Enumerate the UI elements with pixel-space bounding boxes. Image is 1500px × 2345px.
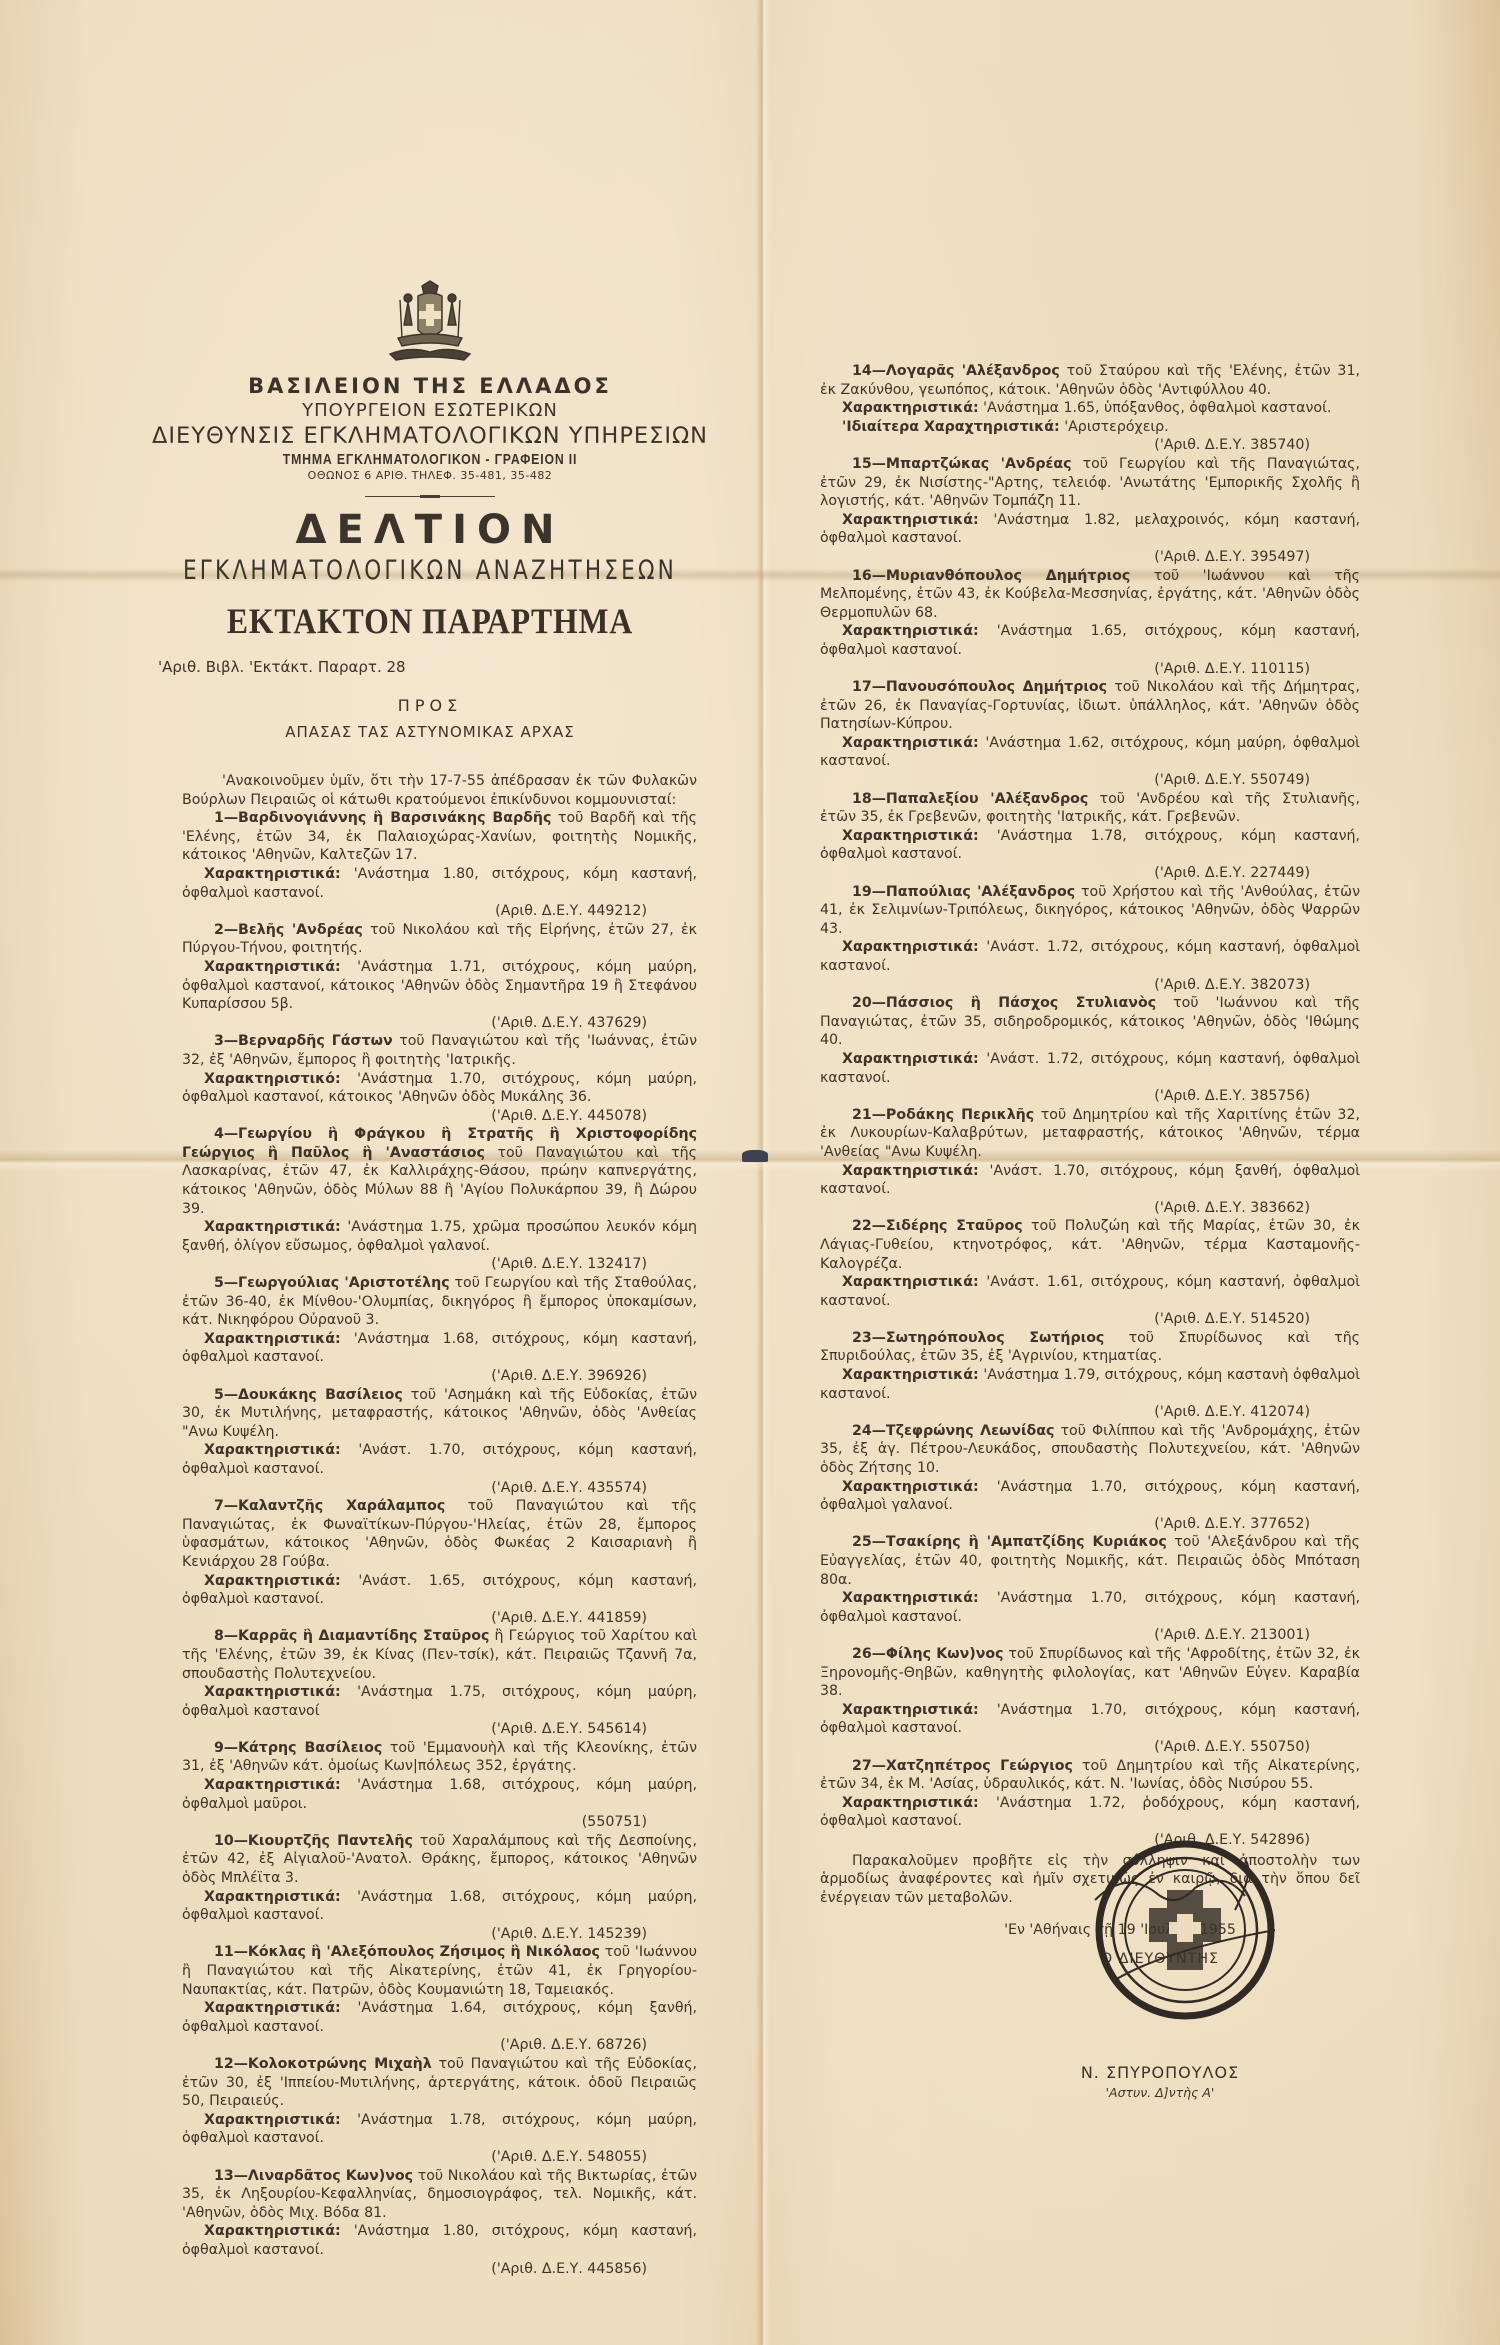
kingdom-heading: ΒΑΣΙΛΕΙΟΝ ΤΗΣ ΕΛΛΑΔΟΣ (150, 374, 710, 398)
fugitive-entry: 13—Λιναρδᾶτος Κων)νος τοῦ Νικολάου καὶ τ… (182, 2167, 697, 2223)
dey-record-number: ('Αριθ. Δ.Ε.Υ. 445078) (182, 1107, 697, 1126)
dey-record-number: ('Αριθ. Δ.Ε.Υ. 545614) (182, 1720, 697, 1739)
characteristics-line: Χαρακτηριστικά: 'Ανάστημα 1.70, σιτόχρου… (820, 1701, 1360, 1757)
fugitive-entry: 12—Κολοκοτρώνης Μιχαὴλ τοῦ Παναγιώτου κα… (182, 2055, 697, 2111)
paper-tear-hole (742, 1150, 768, 1162)
dey-record-number: ('Αριθ. Δ.Ε.Υ. 441859) (182, 1609, 697, 1628)
dey-record-number: ('Αριθ. Δ.Ε.Υ. 548055) (182, 2148, 697, 2167)
characteristics-label: Χαρακτηριστικά: (842, 512, 979, 528)
characteristics-line: Χαρακτηριστικά: 'Ανάστημα 1.65, ὑπόξανθο… (820, 399, 1360, 418)
right-column: 14—Λογαρᾶς 'Αλέξανδρος τοῦ Σταύρου καὶ τ… (820, 362, 1360, 1968)
characteristics-label: Χαρακτηριστικά: (204, 1889, 341, 1905)
dey-record-number: ('Αριθ. Δ.Ε.Υ. 213001) (820, 1626, 1360, 1645)
characteristics-label: Χαρακτηριστικά: (204, 866, 341, 882)
characteristics-label: Χαρακτηριστικά: (204, 1684, 341, 1700)
ornamental-divider (365, 496, 495, 497)
dey-record-number: ('Αριθ. Δ.Ε.Υ. 110115) (820, 660, 1360, 679)
fugitive-entry: 24—Τζεφρώνης Λεωνίδας τοῦ Φιλίππου καὶ τ… (820, 1422, 1360, 1478)
fugitive-name: 16—Μυριανθόπουλος Δημήτριος (852, 568, 1130, 584)
dey-record-number: ('Αριθ. Δ.Ε.Υ. 132417) (182, 1255, 697, 1274)
signer-name: Ν. ΣΠΥΡΟΠΟΥΛΟΣ (1000, 2063, 1320, 2082)
dey-record-number: ('Αριθ. Δ.Ε.Υ. 145239) (182, 1925, 697, 1944)
characteristics-line: Χαρακτηριστικά: 'Ανάστημα 1.68, σιτόχρου… (182, 1330, 697, 1386)
dey-record-number: (Αριθ. Δ.Ε.Υ. 449212) (182, 902, 697, 921)
fugitive-name: 9—Κάτρης Βασίλειος (214, 1740, 382, 1756)
dey-record-number: ('Αριθ. Δ.Ε.Υ. 412074) (820, 1403, 1360, 1422)
dey-record-number: ('Αριθ. Δ.Ε.Υ. 382073) (820, 976, 1360, 995)
characteristics-line: Χαρακτηριστικά: 'Ανάστημα 1.70, σιτόχρου… (820, 1589, 1360, 1645)
dey-record-number: ('Αριθ. Δ.Ε.Υ. 395497) (820, 548, 1360, 567)
fugitive-entry: 7—Καλαντζῆς Χαράλαμπος τοῦ Παναγιώτου κα… (182, 1497, 697, 1571)
characteristics-line: Χαρακτηριστικά: 'Ανάστ. 1.70, σιτόχρους,… (820, 1162, 1360, 1218)
fugitive-name: 10—Κιουρτζῆς Παντελῆς (214, 1833, 413, 1849)
fugitive-name: 8—Καρρᾶς ἢ Διαμαντίδης Σταῦρος (214, 1628, 489, 1644)
fugitive-entry: 8—Καρρᾶς ἢ Διαμαντίδης Σταῦρος ἢ Γεώργιο… (182, 1627, 697, 1683)
fugitive-entry: 11—Κόκλας ἢ 'Αλεξόπουλος Ζήσιμος ἢ Νικόλ… (182, 1943, 697, 1999)
characteristics-label: Χαρακτηριστικά: (842, 1274, 979, 1290)
ministry-heading: ΥΠΟΥΡΓΕΙΟΝ ΕΣΩΤΕΡΙΚΩΝ (150, 400, 710, 421)
special-supplement-title: ΕΚΤΑΚΤΟΝ ΠΑΡΑΡΤΗΜΑ (184, 600, 677, 642)
characteristics-label: Χαρακτηριστικό: (204, 1071, 341, 1087)
characteristics-label: Χαρακτηριστικά: (842, 939, 979, 955)
fugitive-name: 3—Βερναρδῆς Γάστων (214, 1033, 393, 1049)
address-line: ΟΘΩΝΟΣ 6 ΑΡΙΘ. ΤΗΛΕΦ. 35-481, 35-482 (150, 469, 710, 482)
to-label: ΠΡΟΣ (150, 696, 710, 715)
fugitive-entry: 19—Παπούλιας 'Αλέξανδρος τοῦ Χρήστου καὶ… (820, 883, 1360, 939)
fugitive-name: 14—Λογαρᾶς 'Αλέξανδρος (852, 363, 1060, 379)
fugitive-entry: 15—Μπαρτζώκας 'Ανδρέας τοῦ Γεωργίου καὶ … (820, 455, 1360, 511)
fugitive-name: 17—Πανουσόπουλος Δημήτριος (852, 679, 1107, 695)
fugitive-entry: 20—Πάσσιος ἢ Πάσχος Στυλιανὸς τοῦ 'Ιωάνν… (820, 994, 1360, 1050)
fugitive-entry: 14—Λογαρᾶς 'Αλέξανδρος τοῦ Σταύρου καὶ τ… (820, 362, 1360, 399)
fugitive-name: 23—Σωτηρόπουλος Σωτήριος (852, 1330, 1104, 1346)
fugitive-entry: 2—Βελῆς 'Ανδρέας τοῦ Νικολάου καὶ τῆς Εἰ… (182, 921, 697, 958)
fugitive-name: 27—Χατζηπέτρος Γεώργιος (852, 1758, 1073, 1774)
dey-record-number: ('Αριθ. Δ.Ε.Υ. 550750) (820, 1738, 1360, 1757)
fugitive-name: 12—Κολοκοτρώνης Μιχαὴλ (214, 2056, 432, 2072)
fugitive-entry: 9—Κάτρης Βασίλειος τοῦ 'Εμμανουὴλ καὶ τῆ… (182, 1739, 697, 1776)
characteristics-line: Χαρακτηριστικά: 'Ανάστημα 1.80, σιτόχρου… (182, 2222, 697, 2278)
characteristics-label: Χαρακτηριστικά: (204, 1573, 341, 1589)
characteristics-label: Χαρακτηριστικά: (204, 2223, 341, 2239)
characteristics-line: Χαρακτηριστικά: 'Ανάστ. 1.72, σιτόχρους,… (820, 938, 1360, 994)
reference-number: 'Αριθ. Βιβλ. 'Εκτάκτ. Παραρτ. 28 (158, 658, 710, 676)
fugitive-entry: 5—Γεωργούλιας 'Αριστοτέλης τοῦ Γεωργίου … (182, 1274, 697, 1330)
fugitive-name: 19—Παπούλιας 'Αλέξανδρος (852, 884, 1075, 900)
characteristics-label: Χαρακτηριστικά: (204, 959, 341, 975)
section-heading: ΤΜΗΜΑ ΕΓΚΛΗΜΑΤΟΛΟΓΙΚΟΝ - ΓΡΑΦΕΙΟΝ ΙΙ (200, 451, 659, 468)
dey-record-number: ('Αριθ. Δ.Ε.Υ. 383662) (820, 1199, 1360, 1218)
fugitive-name: 7—Καλαντζῆς Χαράλαμπος (214, 1498, 445, 1514)
characteristics-label: Χαρακτηριστικά: (842, 735, 979, 751)
characteristics-line: Χαρακτηριστικά: 'Ανάστ. 1.65, σιτόχρους,… (182, 1572, 697, 1628)
fugitive-entry: 1—Βαρδινογιάννης ἢ Βαρσινάκης Βαρδῆς τοῦ… (182, 809, 697, 865)
fugitive-entry: 3—Βερναρδῆς Γάστων τοῦ Παναγιώτου καὶ τῆ… (182, 1032, 697, 1069)
dey-record-number: ('Αριθ. Δ.Ε.Υ. 377652) (820, 1515, 1360, 1534)
characteristics-line: Χαρακτηριστικά: 'Ανάστημα 1.78, σιτόχρου… (182, 2111, 697, 2167)
fugitive-name: 13—Λιναρδᾶτος Κων)νος (214, 2168, 413, 2184)
dey-record-number: ('Αριθ. Δ.Ε.Υ. 435574) (182, 1479, 697, 1498)
fugitive-entry: 10—Κιουρτζῆς Παντελῆς τοῦ Χαραλάμπους κα… (182, 1832, 697, 1888)
special-characteristics-label: 'Ιδιαίτερα Χαραχτηριστικά: (842, 419, 1060, 435)
fugitive-name: 22—Σιδέρης Σταῦρος (852, 1218, 1023, 1234)
fugitive-entry: 18—Παπαλεξίου 'Αλέξανδρος τοῦ 'Ανδρέου κ… (820, 790, 1360, 827)
fugitive-entry: 23—Σωτηρόπουλος Σωτήριος τοῦ Σπυρίδωνος … (820, 1329, 1360, 1366)
characteristics-line: Χαρακτηριστικά: 'Ανάστημα 1.62, σιτόχρου… (820, 734, 1360, 790)
fugitive-name: 11—Κόκλας ἢ 'Αλεξόπουλος Ζήσιμος ἢ Νικόλ… (214, 1944, 600, 1960)
characteristics-label: Χαρακτηριστικά: (842, 1051, 979, 1067)
characteristics-line: Χαρακτηριστικά: 'Ανάστ. 1.72, σιτόχρους,… (820, 1050, 1360, 1106)
bulletin-subtitle: ΕΓΚΛΗΜΑΤΟΛΟΓΙΚΩΝ ΑΝΑΖΗΤΗΣΕΩΝ (182, 555, 678, 586)
characteristics-label: Χαρακτηριστικά: (842, 1702, 979, 1718)
dey-record-number: ('Αριθ. Δ.Ε.Υ. 385756) (820, 1087, 1360, 1106)
fugitive-name: 24—Τζεφρώνης Λεωνίδας (852, 1423, 1054, 1439)
characteristics-line: Χαρακτηριστικά: 'Ανάστημα 1.64, σιτόχρου… (182, 1999, 697, 2055)
fugitive-name: 21—Ροδάκης Περικλῆς (852, 1107, 1034, 1123)
fugitive-name: 5—Δουκάκης Βασίλειος (214, 1387, 403, 1403)
fugitive-name: 25—Τσακίρης ἢ 'Αμπατζίδης Κυριάκος (852, 1534, 1167, 1550)
characteristics-label: Χαρακτηριστικά: (842, 1479, 979, 1495)
dey-record-number: ('Αριθ. Δ.Ε.Υ. 396926) (182, 1367, 697, 1386)
fugitive-name: 1—Βαρδινογιάννης ἢ Βαρσινάκης Βαρδῆς (214, 810, 551, 826)
characteristics-label: Χαρακτηριστικά: (842, 1795, 979, 1811)
official-seal-stamp-icon (1085, 1830, 1285, 2030)
fugitive-entry: 25—Τσακίρης ἢ 'Αμπατζίδης Κυριάκος τοῦ '… (820, 1533, 1360, 1589)
dey-record-number: ('Αριθ. Δ.Ε.Υ. 514520) (820, 1310, 1360, 1329)
fugitive-name: 20—Πάσσιος ἢ Πάσχος Στυλιανὸς (852, 995, 1156, 1011)
characteristics-label: Χαρακτηριστικά: (204, 2000, 341, 2016)
dey-record-number: ('Αριθ. Δ.Ε.Υ. 437629) (182, 1014, 697, 1033)
characteristics-line: Χαρακτηριστικά: 'Ανάστ. 1.70, σιτόχρους,… (182, 1441, 697, 1497)
fugitive-entry: 5—Δουκάκης Βασίλειος τοῦ 'Ασημάκη καὶ τῆ… (182, 1386, 697, 1442)
fugitive-entry: 17—Πανουσόπουλος Δημήτριος τοῦ Νικολάου … (820, 678, 1360, 734)
characteristics-label: Χαρακτηριστικά: (204, 1777, 341, 1793)
fugitive-entry: 26—Φίλης Κων)νος τοῦ Σπυρίδωνος καὶ τῆς … (820, 1645, 1360, 1701)
characteristics-line: Χαρακτηριστικό: 'Ανάστημα 1.70, σιτόχρου… (182, 1070, 697, 1126)
characteristics-label: Χαρακτηριστικά: (204, 2112, 341, 2128)
characteristics-line: Χαρακτηριστικά: 'Ανάστ. 1.61, σιτόχρους,… (820, 1273, 1360, 1329)
characteristics-label: Χαρακτηριστικά: (842, 1163, 979, 1179)
characteristics-line: Χαρακτηριστικά: 'Ανάστημα 1.82, μελαχροι… (820, 511, 1360, 567)
characteristics-label: Χαρακτηριστικά: (204, 1442, 341, 1458)
characteristics-label: Χαρακτηριστικά: (842, 1367, 979, 1383)
characteristics-label: Χαρακτηριστικά: (204, 1331, 341, 1347)
letterhead: ΒΑΣΙΛΕΙΟΝ ΤΗΣ ΕΛΛΑΔΟΣ ΥΠΟΥΡΓΕΙΟΝ ΕΣΩΤΕΡΙ… (150, 280, 710, 741)
directorate-heading: ΔΙΕΥΘΥΝΣΙΣ ΕΓΚΛΗΜΑΤΟΛΟΓΙΚΩΝ ΥΠΗΡΕΣΙΩΝ (130, 423, 730, 449)
fugitive-name: 5—Γεωργούλιας 'Αριστοτέλης (214, 1275, 450, 1291)
characteristics-line: Χαρακτηριστικά: 'Ανάστημα 1.80, σιτόχρου… (182, 865, 697, 921)
royal-coat-of-arms-icon (380, 280, 480, 372)
intro-paragraph: 'Ανακοινοῦμεν ὑμῖν, ὅτι τὴν 17-7-55 ἀπέδ… (182, 772, 697, 809)
fugitive-entry: 27—Χατζηπέτρος Γεώργιος τοῦ Δημητρίου κα… (820, 1757, 1360, 1794)
characteristics-line: Χαρακτηριστικά: 'Ανάστημα 1.68, σιτόχρου… (182, 1776, 697, 1832)
intro-text: 'Ανακοινοῦμεν ὑμῖν, ὅτι τὴν 17-7-55 ἀπέδ… (182, 773, 697, 808)
fugitive-name: 2—Βελῆς 'Ανδρέας (214, 922, 363, 938)
recipients-line: ΑΠΑΣΑΣ ΤΑΣ ΑΣΤΥΝΟΜΙΚΑΣ ΑΡΧΑΣ (150, 723, 710, 741)
characteristics-text: 'Ανάστημα 1.65, ὑπόξανθος, ὀφθαλμοὶ καστ… (983, 400, 1331, 416)
fugitive-entry: 21—Ροδάκης Περικλῆς τοῦ Δημητρίου καὶ τῆ… (820, 1106, 1360, 1162)
characteristics-line: Χαρακτηριστικά: 'Ανάστημα 1.65, σιτόχρου… (820, 622, 1360, 678)
characteristics-line: Χαρακτηριστικά: 'Ανάστημα 1.75, σιτόχρου… (182, 1683, 697, 1739)
characteristics-line: Χαρακτηριστικά: 'Ανάστημα 1.71, σιτόχρου… (182, 958, 697, 1032)
vertical-fold-crease (756, 0, 770, 2345)
dey-record-number: ('Αριθ. Δ.Ε.Υ. 68726) (182, 2036, 697, 2055)
dey-record-number: ('Αριθ. Δ.Ε.Υ. 227449) (820, 864, 1360, 883)
special-characteristics-text: 'Αριστερόχειρ. (1064, 419, 1168, 435)
fugitive-name: 15—Μπαρτζώκας 'Ανδρέας (852, 456, 1072, 472)
characteristics-label: Χαρακτηριστικά: (842, 400, 979, 416)
special-characteristics-line: 'Ιδιαίτερα Χαραχτηριστικά: 'Αριστερόχειρ… (820, 418, 1360, 455)
fugitive-name: 26—Φίλης Κων)νος (852, 1646, 1004, 1662)
dey-record-number: ('Αριθ. Δ.Ε.Υ. 385740) (820, 436, 1360, 455)
left-column: 'Ανακοινοῦμεν ὑμῖν, ὅτι τὴν 17-7-55 ἀπέδ… (182, 772, 697, 2278)
characteristics-label: Χαρακτηριστικά: (842, 1590, 979, 1606)
fugitive-entry: 16—Μυριανθόπουλος Δημήτριος τοῦ 'Ιωάννου… (820, 567, 1360, 623)
dey-record-number: (550751) (182, 1813, 697, 1832)
characteristics-line: Χαρακτηριστικά: 'Ανάστημα 1.79, σιτόχρου… (820, 1366, 1360, 1422)
signer-rank: 'Αστυν. Δ]ντὴς Α' (1000, 2085, 1320, 2100)
characteristics-line: Χαρακτηριστικά: 'Ανάστημα 1.75, χρῶμα πρ… (182, 1218, 697, 1274)
characteristics-label: Χαρακτηριστικά: (204, 1219, 341, 1235)
characteristics-line: Χαρακτηριστικά: 'Ανάστημα 1.68, σιτόχρου… (182, 1888, 697, 1944)
characteristics-label: Χαρακτηριστικά: (842, 828, 979, 844)
characteristics-line: Χαρακτηριστικά: 'Ανάστημα 1.78, σιτόχρου… (820, 827, 1360, 883)
fugitive-name: 18—Παπαλεξίου 'Αλέξανδρος (852, 791, 1088, 807)
fugitive-entry: 4—Γεωργίου ἢ Φράγκου ἢ Στρατῆς ἢ Χριστοφ… (182, 1125, 697, 1218)
characteristics-label: Χαρακτηριστικά: (842, 623, 979, 639)
dey-record-number: ('Αριθ. Δ.Ε.Υ. 550749) (820, 771, 1360, 790)
bulletin-title: ΔΕΛΤΙΟΝ (150, 507, 710, 553)
dey-record-number: ('Αριθ. Δ.Ε.Υ. 445856) (182, 2260, 697, 2279)
characteristics-line: Χαρακτηριστικά: 'Ανάστημα 1.70, σιτόχρου… (820, 1478, 1360, 1534)
fugitive-entry: 22—Σιδέρης Σταῦρος τοῦ Πολυζώη καὶ τῆς Μ… (820, 1217, 1360, 1273)
